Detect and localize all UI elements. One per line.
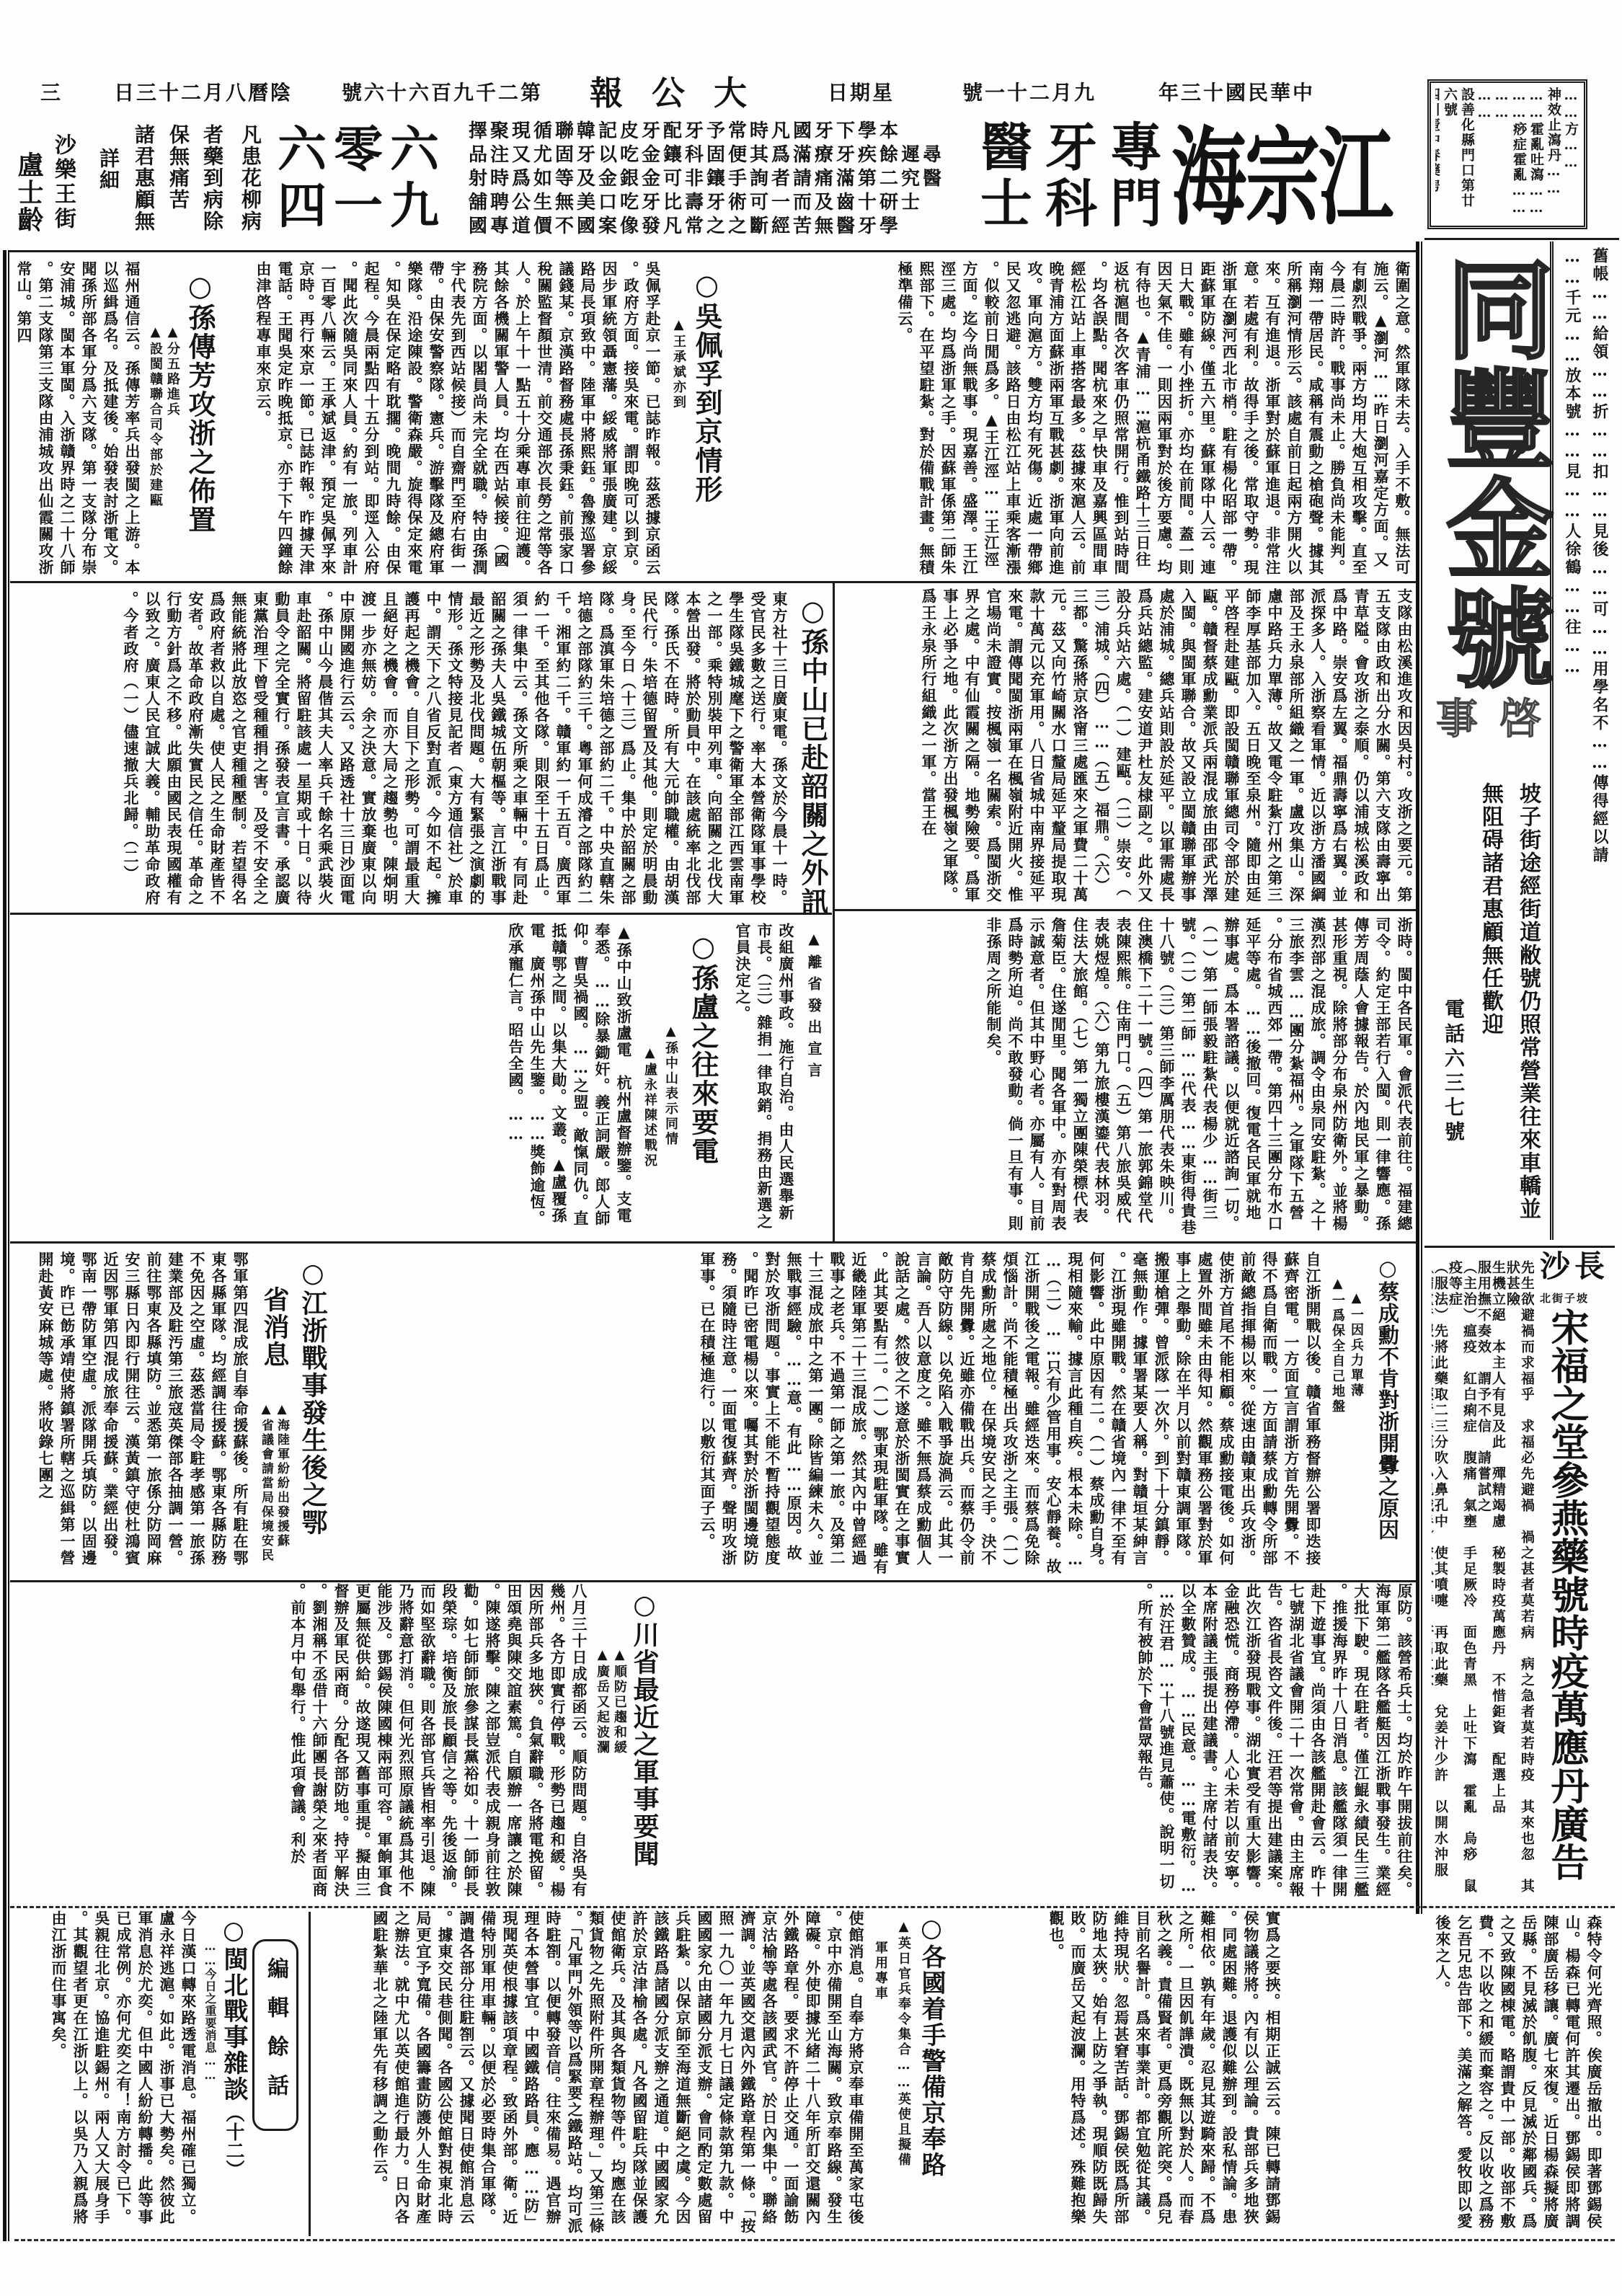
rule-band-1 (10, 581, 1416, 583)
issue-number: 第二千九百六十六號 (342, 81, 543, 105)
subhead: ▲王承斌亦到 (669, 317, 686, 461)
article-continuation-sun-yatsen: 改組廣州事政。施行自治。由人民選舉新市長。（三）雜捐一律取銷。捐務由新選之官員決… (724, 923, 797, 1237)
rule-band-2-left (10, 913, 832, 915)
dentist-ad-row: 射時爲如等及金銀金可非鑲手詢者請痛滿第二究醫 (469, 167, 966, 191)
left-page-border (3, 250, 9, 2241)
clinic-ad-column: 保無痛苦 (166, 124, 190, 239)
article-body: 鄂軍第四混成旅自奉命援蘇後。所有駐在鄂東各縣軍隊。均經調往援蘇。鄂東各縣防務不免… (13, 1251, 251, 1576)
article-body: 東方社十三日廣東電。孫文於今晨十一時。受官民多數之送行。率大本營衛隊軍事學校學生… (13, 591, 790, 908)
songfu-ad-street: 坡子街北 (1540, 1292, 1589, 1305)
clinic-ad-column: 諸君惠顧無 (131, 124, 156, 239)
divider-band-6 (309, 1912, 311, 2236)
headline-hubei: ○江浙戰事發生後之鄂 (297, 1258, 329, 1575)
headline-powers: ○各國着手警備京奉路 (917, 1914, 946, 2231)
songfu-ad-copy: 先生欲避禍而求福乎 求福必先避禍 禍之甚者莫若病 病之急者莫若時疫 其來也忽 其… (1432, 1260, 1534, 1894)
subheads: ▲海陸軍紛紛出發援蘇 ▲省議會請當局保境安民 (257, 1402, 290, 1575)
page-number: 三 (40, 81, 63, 105)
column-installment-number: （十二） (221, 2104, 247, 2190)
side-notice-copy: 舊帳……給領……折……扣……見後……可……用學名不……傳得經以請 ……千元……放… (1557, 247, 1613, 1231)
subhead: ▲分五路進兵 (163, 324, 180, 469)
songfu-ad-title: 宋福之堂參燕藥號時疫萬應丹廣告 (1537, 1308, 1597, 1892)
rule-right-column-top (1424, 238, 1619, 240)
dentist-ad-copy: 擇聚現循聯韓記皮牙配牙予常時凡國牙下學本 品注又尤固牙以吃金鑲科固便其爲滿療牙疾… (469, 120, 966, 241)
dentist-ad-title: 專門牙科醫士 (970, 120, 1164, 239)
rule-band-5 (10, 1906, 1615, 1908)
editor-note-box: 編輯餘話 (252, 1939, 298, 2131)
clinic-ad-column: 凡患花柳病 (238, 124, 262, 239)
issue-date: 九月二十一號 (962, 81, 1096, 105)
dentist-ad-name: 江宗海 (1171, 123, 1392, 233)
clinic-ad-column: 詳細 (96, 148, 120, 205)
subhead: 軍用專車 (871, 1941, 888, 2027)
article-continuation-sichuan: 實爲之要挾。相期正誠云云。陳已轉請鄧錫侯物議將將。內有以公理論。貴部兵多地狹。同… (950, 1910, 1283, 2236)
rule-band-2-right (835, 909, 1416, 911)
subhead: ▲順防已趨和緩 (610, 1647, 627, 1791)
clinic-ad-address: 沙樂王街 (50, 133, 75, 241)
article-body: 八月三十日成都函云。順防問題。自洛吳有幾州。各方即實行停戰。形勢已趨和緩。楊因所… (13, 1583, 590, 1903)
songfu-ad-city: 長沙 (1535, 1250, 1605, 1287)
article-continuation-sun-chuanfang: 支隊由松溪進攻和因吳村。攻浙之要元。第五支隊由政和出分水關。第六支隊由壽寧出青草… (840, 588, 1415, 905)
salvarsan-606: 六零六 (278, 123, 446, 177)
paper-name: 大公報 (590, 75, 776, 111)
clinic-ad-column: 者藥到病除 (200, 124, 224, 239)
article-body: 使館消息。自奉方將京奉車備開至萬家屯後。京中亦備開至山海關。致京奉路線。發生障礙… (314, 1910, 867, 2236)
article-body: 今日漢口轉來路透電消息。福州確已獨立。盧永祥逃滬。如此。浙事已大勢矣。然彼此軍消… (13, 1910, 199, 2236)
subhead: ▲設閩贛聯合司令部於建甌 (146, 324, 163, 569)
headline-sun-chuanfang: ○孫傳芳攻浙之佈置 (183, 270, 216, 572)
newspaper-page: 三 陰曆八月二十三日 第二千九百六十六號 大公報 星期日 九月二十一號 中華民國… (0, 0, 1622, 2296)
headline-sun-yatsen: ○孫中山已赴韶關之外訊 (794, 594, 829, 913)
headline-cai-chengxun: ○蔡成勳不肯對浙開釁之原因 (1373, 1256, 1401, 1573)
rule-band-4 (10, 1580, 1416, 1582)
dentist-ad-row: 品注又尤固牙以吃金鑲科固便其爲滿療牙疾餘遲尋 (469, 143, 966, 167)
salvarsan-914: 九一四 (278, 179, 446, 234)
subhead: ▲英日官兵奉令集合……英使且擬備 (894, 1919, 911, 2229)
rule-page-bottom (14, 2239, 1615, 2241)
tongfeng-shop-name: 同豐金號 (1430, 254, 1549, 715)
subhead: ▲一因兵力單薄 (1347, 1290, 1364, 1435)
article-continuation-sichuan: 森特令何光齊照。俟廣岳撤出。即著鄧錫侯山。楊森已轉電何許其遷出。鄧錫侯即將調陳部… (1288, 1915, 1605, 2236)
tongfeng-notice-line: 無阻碍諸君惠顧無任歡迎 (1475, 782, 1505, 1056)
pharmacy-ad: ……方…… 神效止瀉丹…… ……霍亂吐瀉…… ……痧症霍亂…… …… …… 設善… (1427, 79, 1587, 229)
pharmacy-ad-copy: ……方…… 神效止瀉丹…… ……霍亂吐瀉…… ……痧症霍亂…… …… …… 設善… (1435, 87, 1579, 223)
side-notice-box: 舊帳……給領……折……扣……見後……可……用學名不……傳得經以請 ……千元……放… (1550, 241, 1616, 1240)
article-continuation-hubei: 原防。該營希兵士。均於昨午開拔前往矣。海軍第二艦隊各艦艇因江浙戰事發生。業經大批… (670, 1583, 1415, 1903)
subhead: ▲廣岳又起波瀾 (593, 1647, 610, 1791)
subhead: ▲離省發出宣言 (803, 930, 822, 1103)
headline-wu-peifu: ○吳佩孚到京情形 (690, 268, 723, 571)
dentist-ad-row: 舖聘公生無美口吃牙比壽牙術可一而及齒十研士 (469, 191, 966, 215)
subhead: ▲盧永祥陳述戰況 (640, 1045, 657, 1189)
tongfeng-phone: 電話六三七號 (1439, 998, 1468, 1153)
article-body: ▲孫中山致浙盧電 杭州盧督辦鑒。支電奉悉。……除暴鋤奸。義正詞嚴。郎人師仰。曹吳… (13, 923, 634, 1237)
headline-hubei-line2: 省消息 (260, 1286, 290, 1394)
headline-sichuan: ○川省最近之軍事要聞 (629, 1590, 660, 1900)
dentist-ad-row: 擇聚現循聯韓記皮牙配牙予常時凡國牙下學本 (469, 120, 966, 143)
war-front-report-body: 衛圍之意。然軍隊未去。入手不敷。無法可施云。▲瀏河……昨日瀏河嘉定方面。又有劇烈… (728, 261, 1413, 577)
rule-top-band (9, 250, 1419, 252)
dentist-ad-row: 國專道價不國案像發凡常之之斷經苦無醫牙學 (469, 215, 966, 239)
subhead: ▲一爲保全自己地盤 (1328, 1276, 1345, 1449)
weekday: 星期日 (828, 81, 895, 105)
column-kicker: ……今日之重要消息…… (202, 1939, 218, 2098)
article-body: 吳佩孚赴京一節。已誌昨報。茲悉據京函云。政府方面。接吳來電。謂即晚可以到京。因步… (232, 261, 663, 577)
clinic-ad-doctor-name: 盧士齡 (14, 151, 43, 245)
article-body: 福州通信云。孫傳芳率兵出發閩之上游。本以巡緝爲名。及抵建後。始發表討浙電文。聞孫… (13, 261, 143, 577)
article-continuation-sun-chuanfang: 浙時。閩中各民軍。會派代表前往。福建總司令。約定王部若行入閩。則一律響應。孫傳芳… (840, 917, 1415, 1237)
tongfeng-notice-tag: 啓事 (1436, 696, 1563, 742)
subhead: ▲孫中山表示同情 (661, 1024, 678, 1168)
divider-band-2-3 (833, 582, 835, 1241)
column-divider-right (1416, 241, 1422, 1914)
rule-band-3 (10, 1241, 1416, 1244)
lunar-date: 陰曆八月二十三日 (114, 81, 293, 105)
republic-year: 中華民國十三年 (1158, 81, 1315, 105)
article-body: 自江浙開戰以後。贛省軍務督辦公署即迭接蘇齊密電。一方面宣言謂浙方首先開釁。不得不… (336, 1251, 1324, 1576)
editor-note-label: 編輯餘話 (260, 1957, 291, 2123)
headline-sun-lu: ○孫盧之往來要電 (686, 930, 719, 1233)
headline-min-bei-column: ○閩北戰事雜談 (219, 1916, 248, 2104)
tongfeng-notice-line: 坡子街途經街道敝號仍照常營業往來車轎並 (1512, 782, 1543, 1247)
